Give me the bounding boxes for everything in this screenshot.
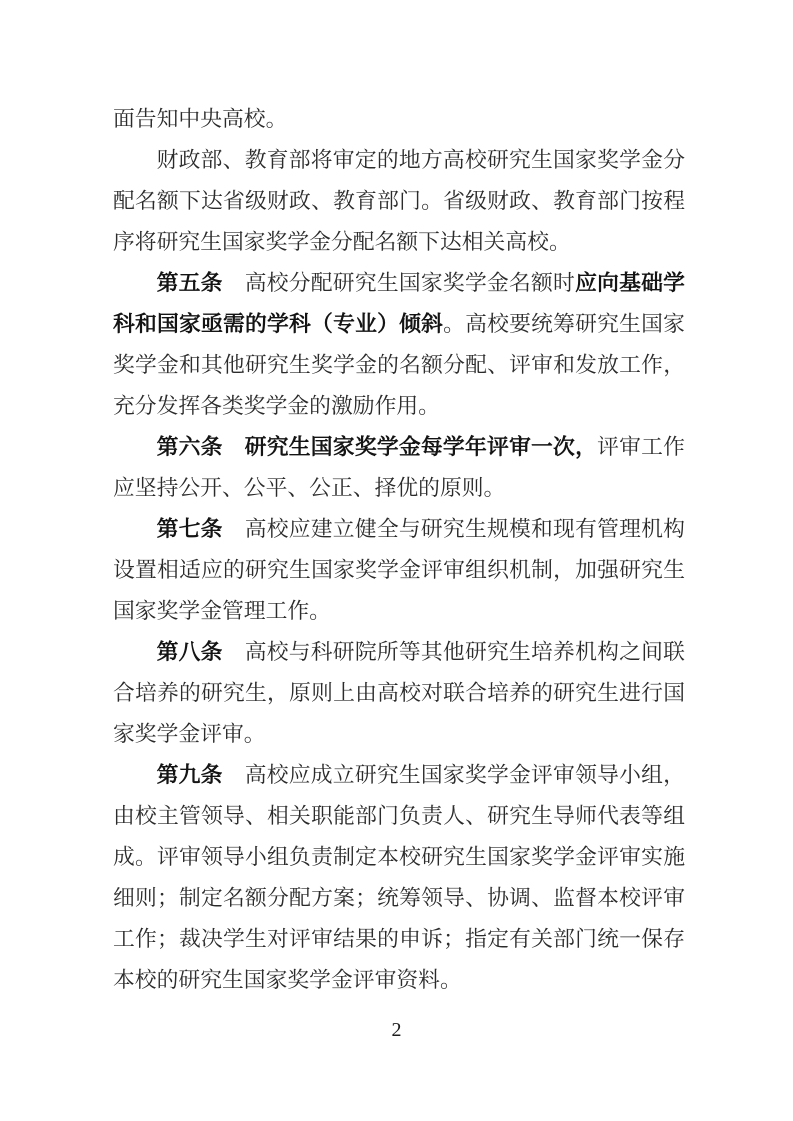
emphasis-text-segment: 第五条 [157, 271, 223, 295]
text-segment: 面告知中央高校。 [113, 107, 287, 131]
emphasis-text-segment: 第六条 研究生国家奖学金每学年评审一次， [157, 435, 598, 459]
emphasis-text-segment: 第九条 [157, 763, 223, 787]
emphasis-text-segment: 第八条 [157, 640, 223, 664]
text-segment: 高校分配研究生国家奖学金名额时 [223, 271, 575, 295]
page-footer: 2 [0, 1014, 793, 1046]
paragraph: 第九条 高校应成立研究生国家奖学金评审领导小组，由校主管领导、相关职能部门负责人… [113, 755, 685, 1001]
paragraph: 财政部、教育部将审定的地方高校研究生国家奖学金分配名额下达省级财政、教育部门。省… [113, 140, 685, 263]
paragraph: 第五条 高校分配研究生国家奖学金名额时应向基础学科和国家亟需的学科（专业）倾斜。… [113, 263, 685, 427]
text-segment: 高校应成立研究生国家奖学金评审领导小组，由校主管领导、相关职能部门负责人、研究生… [113, 763, 685, 992]
paragraph: 第六条 研究生国家奖学金每学年评审一次，评审工作应坚持公开、公平、公正、择优的原… [113, 427, 685, 509]
paragraph: 第七条 高校应建立健全与研究生规模和现有管理机构设置相适应的研究生国家奖学金评审… [113, 509, 685, 632]
page-number: 2 [392, 1019, 402, 1041]
paragraph: 第八条 高校与科研院所等其他研究生培养机构之间联合培养的研究生，原则上由高校对联… [113, 632, 685, 755]
text-segment: 财政部、教育部将审定的地方高校研究生国家奖学金分配名额下达省级财政、教育部门。省… [113, 148, 685, 254]
document-body: 面告知中央高校。财政部、教育部将审定的地方高校研究生国家奖学金分配名额下达省级财… [113, 99, 685, 1001]
emphasis-text-segment: 第七条 [157, 517, 223, 541]
document-page: 面告知中央高校。财政部、教育部将审定的地方高校研究生国家奖学金分配名额下达省级财… [0, 0, 793, 1121]
paragraph: 面告知中央高校。 [113, 99, 685, 140]
